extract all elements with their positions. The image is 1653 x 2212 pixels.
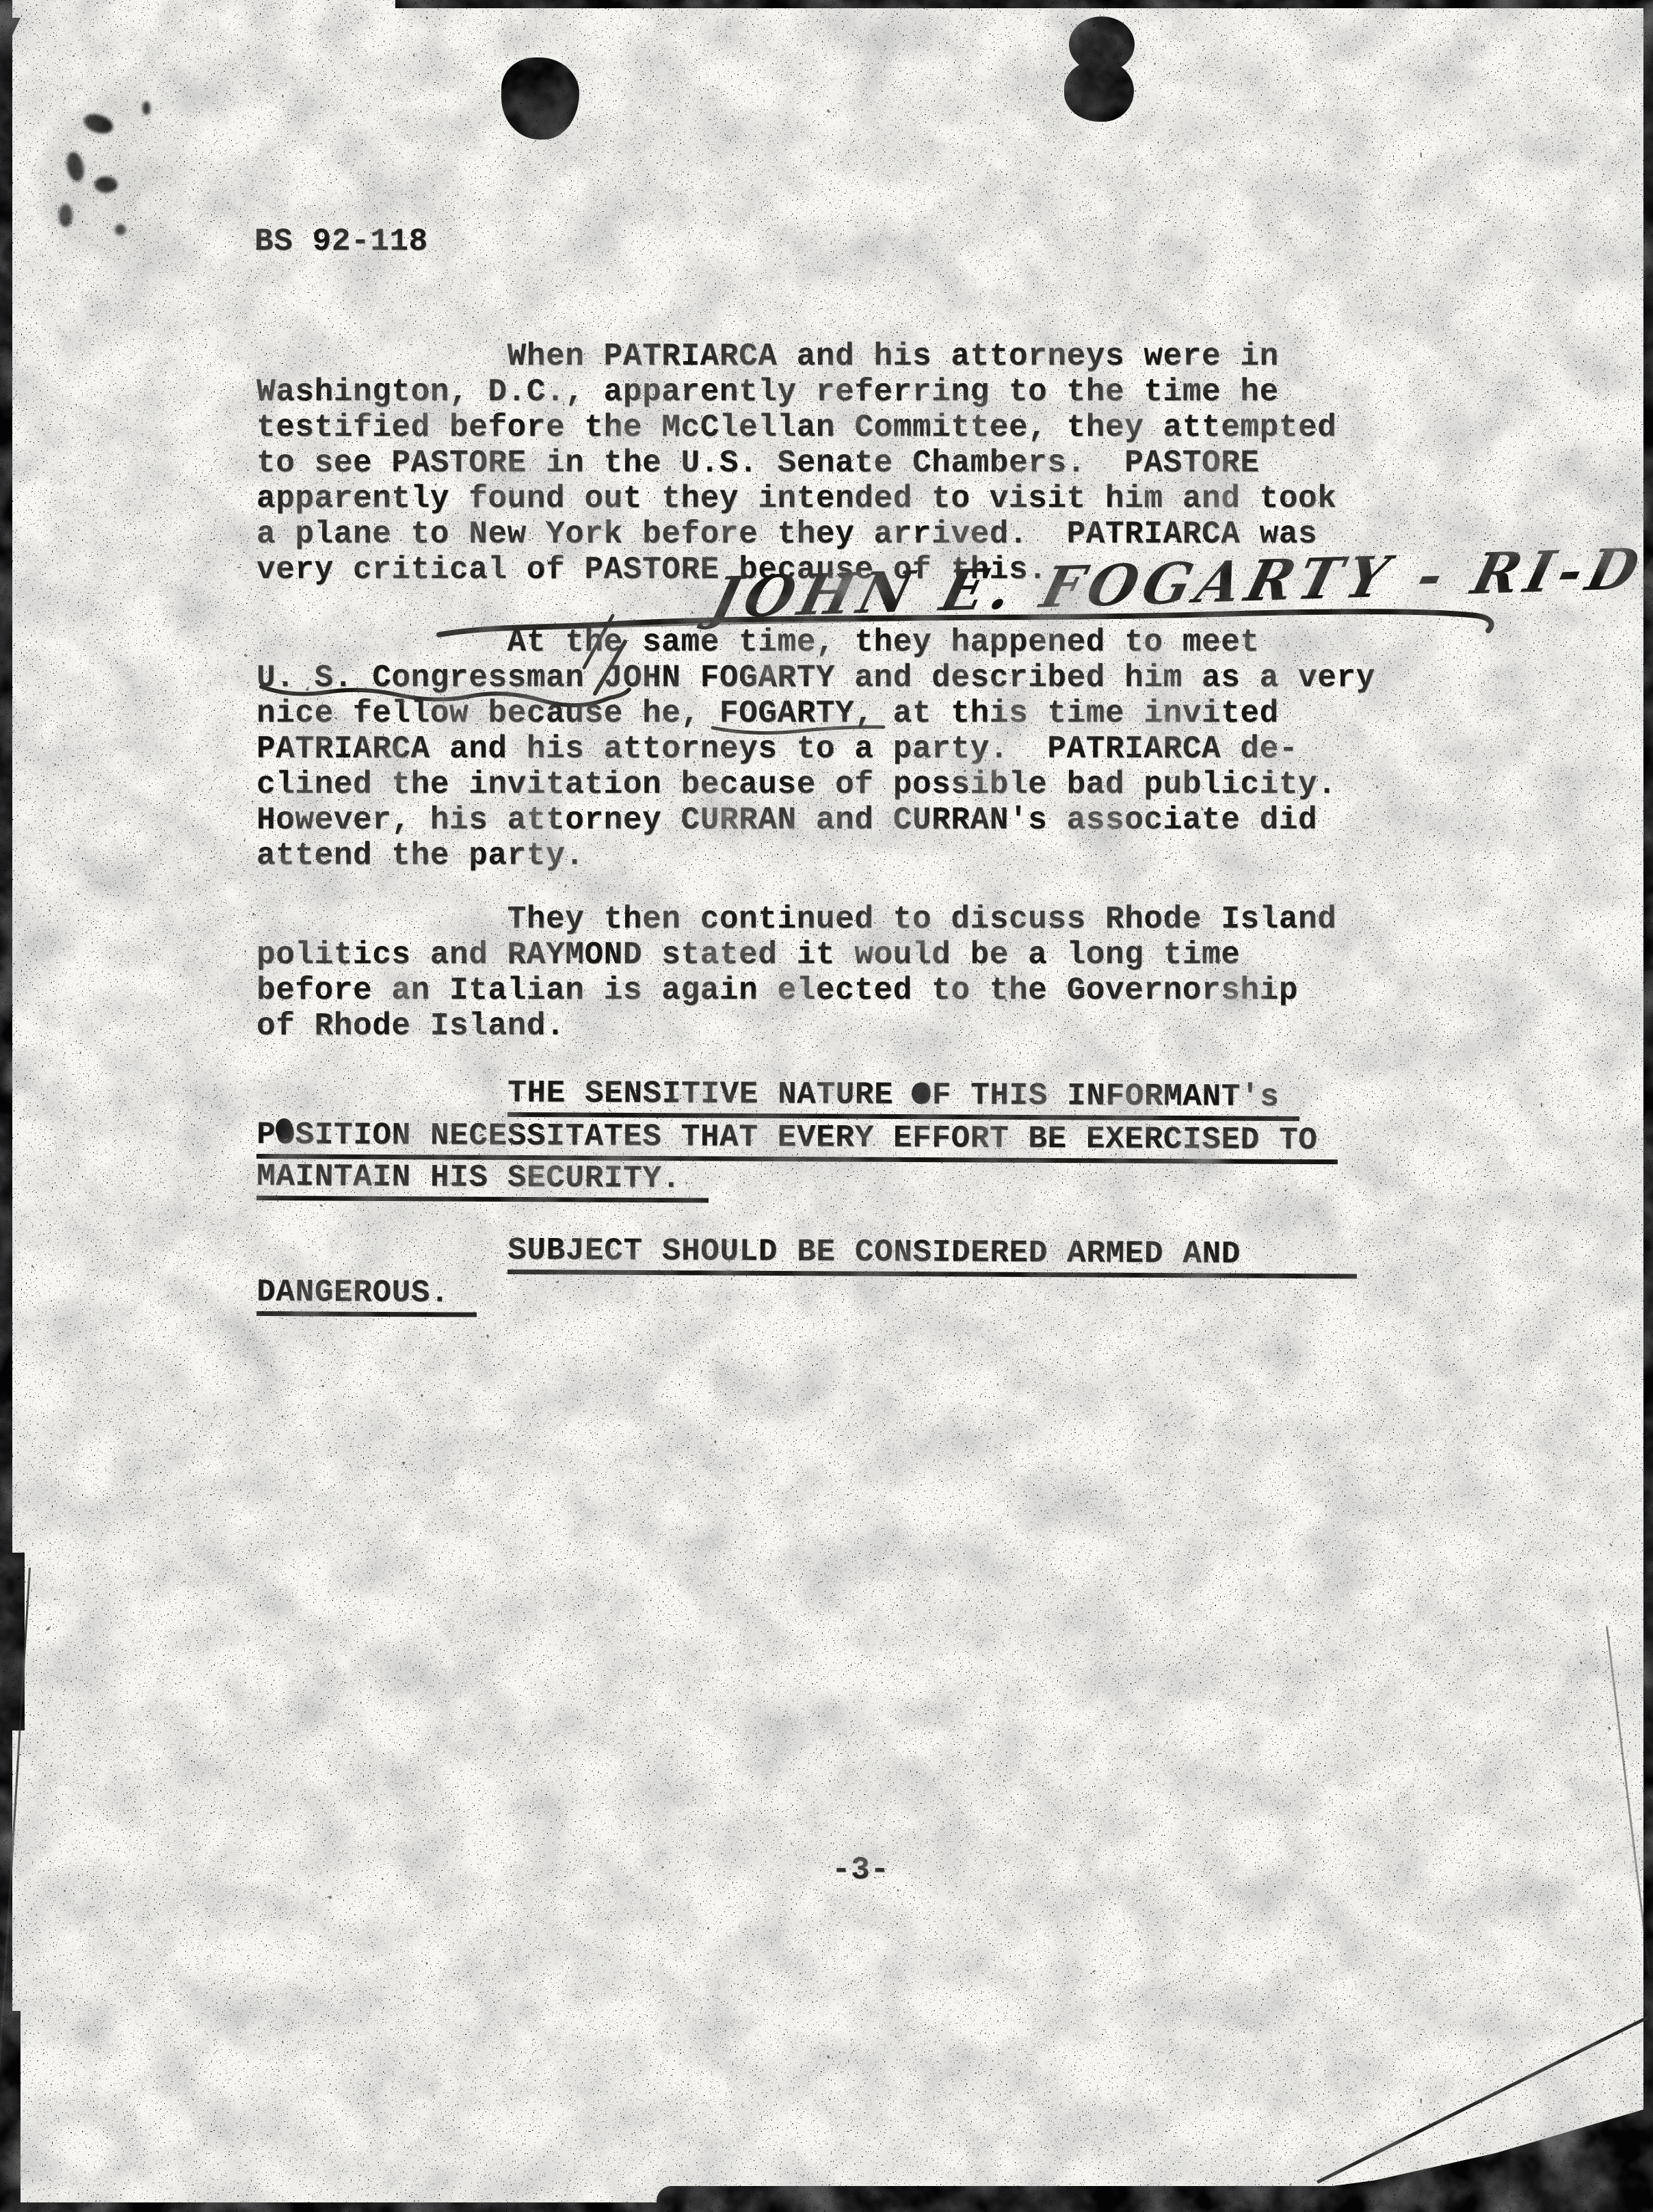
text-line: before an Italian is again elected to th…	[256, 973, 1460, 1008]
text-line: of Rhode Island.	[256, 1008, 1460, 1044]
underlined-text: MAINTAIN HIS SECURITY.	[256, 1159, 709, 1202]
text-line: They then continued to discuss Rhode Isl…	[256, 901, 1460, 937]
ink-blob	[1064, 60, 1134, 122]
paragraph: At the same time, they happened to meet …	[256, 624, 1460, 873]
smudge	[59, 204, 72, 227]
text-line: clined the invitation because of possibl…	[256, 767, 1460, 802]
text-line: very critical of PASTORE because of this…	[256, 552, 1460, 588]
text-line: a plane to New York before they arrived.…	[256, 516, 1460, 552]
text-line: PATRIARCA and his attorneys to a party. …	[256, 731, 1460, 767]
case-number: BS 92-118	[254, 224, 428, 259]
ink-blob	[501, 57, 579, 140]
text-line: At the same time, they happened to meet	[256, 624, 1460, 660]
scan-corner-wedge	[1296, 2107, 1653, 2212]
text-line: When PATRIARCA and his attorneys were in	[256, 339, 1460, 374]
text-line: However, his attorney CURRAN and CURRAN'…	[256, 802, 1460, 838]
security-notice-paragraph: THE SENSITIVE NATURE OF THIS INFORMANT's…	[256, 1075, 1460, 1200]
paragraph: When PATRIARCA and his attorneys were in…	[256, 339, 1460, 588]
text-line: THE SENSITIVE NATURE OF THIS INFORMANT's	[256, 1075, 1460, 1117]
page-number: -3-	[832, 1852, 890, 1888]
scan-edge-right	[1643, 0, 1653, 2212]
ink-blot	[276, 1118, 293, 1140]
text-line: nice fellow because he, FOGARTY, at this…	[256, 696, 1460, 731]
text-line: testified before the McClellan Committee…	[256, 410, 1460, 445]
paragraph: They then continued to discuss Rhode Isl…	[256, 901, 1460, 1044]
scan-edge-left-jag	[0, 2011, 21, 2212]
scanned-document-page: BS 92-118 When PATRIARCA and his attorne…	[0, 0, 1653, 2212]
text-line: U. S. Congressman JOHN FOGARTY and descr…	[256, 660, 1460, 696]
document-body: When PATRIARCA and his attorneys were in…	[256, 339, 1460, 1316]
text-line: politics and RAYMOND stated it would be …	[256, 937, 1460, 973]
scan-edge-top	[395, 0, 1653, 8]
text-line: attend the party.	[256, 838, 1460, 873]
text-line: Washington, D.C., apparently referring t…	[256, 374, 1460, 410]
armed-dangerous-paragraph: SUBJECT SHOULD BE CONSIDERED ARMED AND D…	[256, 1233, 1460, 1316]
text-line: MAINTAIN HIS SECURITY.	[256, 1159, 1460, 1200]
smudge	[142, 101, 150, 115]
text-line: DANGEROUS.	[256, 1274, 1460, 1316]
text-line: SUBJECT SHOULD BE CONSIDERED ARMED AND	[256, 1233, 1460, 1274]
ink-blot	[912, 1083, 929, 1104]
scan-edge-bottom-hump	[657, 2186, 1381, 2212]
smudge	[94, 176, 118, 193]
text-line: POSITION NECESSITATES THAT EVERY EFFORT …	[256, 1117, 1460, 1159]
smudge	[115, 224, 126, 235]
underlined-text: THE SENSITIVE NATURE OF THIS INFORMANT's	[507, 1075, 1299, 1121]
text-line: apparently found out they intended to vi…	[256, 481, 1460, 516]
underlined-text: SUBJECT SHOULD BE CONSIDERED ARMED AND	[507, 1233, 1357, 1279]
underlined-text: POSITION NECESSITATES THAT EVERY EFFORT …	[256, 1117, 1338, 1164]
text-line: to see PASTORE in the U.S. Senate Chambe…	[256, 445, 1460, 481]
underlined-text: DANGEROUS.	[256, 1274, 477, 1317]
